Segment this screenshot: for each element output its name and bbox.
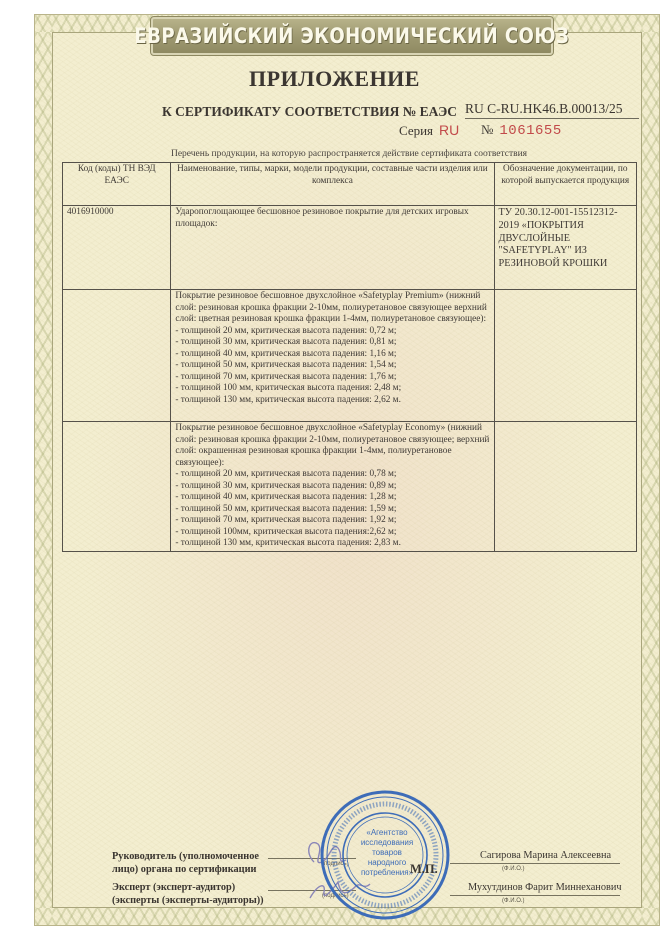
spec-line: - толщиной 40 мм, критическая высота пад… (175, 349, 489, 361)
table-row: 4016910000 Ударопоглощающее бесшовное ре… (63, 206, 637, 290)
form-number: №1061655 (481, 122, 562, 139)
official-stamp-icon: «Агентство исследования товаров народног… (317, 789, 453, 921)
expert-label: Эксперт (эксперт-аудитор) (эксперты (экс… (112, 882, 264, 907)
spec-line: - толщиной 130 мм, критическая высота па… (175, 538, 489, 550)
head-label-line: лицо) органа по сертификации (112, 864, 259, 877)
product-description: Покрытие резиновое бесшовное двухслойное… (175, 291, 489, 326)
svg-text:товаров: товаров (372, 848, 402, 857)
page-title: ПРИЛОЖЕНИЕ (0, 66, 669, 92)
union-banner: ЕВРАЗИЙСКИЙ ЭКОНОМИЧЕСКИЙ СОЮЗ (151, 17, 553, 55)
svg-text:потребления»: потребления» (361, 868, 414, 877)
spec-line: - толщиной 30 мм, критическая высота пад… (175, 481, 489, 493)
head-label: Руководитель (уполномоченное лицо) орган… (112, 851, 259, 876)
table-row: Покрытие резиновое бесшовное двухслойное… (63, 422, 637, 552)
product-description: Покрытие резиновое бесшовное двухслойное… (175, 423, 489, 469)
certificate-number: RU C-RU.HK46.B.00013/25 (465, 101, 639, 119)
banner-text: ЕВРАЗИЙСКИЙ ЭКОНОМИЧЕСКИЙ СОЮЗ (135, 24, 570, 48)
svg-text:народного: народного (368, 858, 407, 867)
expert-fio-caption: (Ф.И.О.) (502, 898, 525, 904)
series-label: Серия (399, 123, 433, 138)
spec-line: - толщиной 70 мм, критическая высота пад… (175, 372, 489, 384)
head-fio-caption: (Ф.И.О.) (502, 866, 525, 872)
expert-label-line: Эксперт (эксперт-аудитор) (112, 882, 264, 895)
cell-doc: ТУ 20.30.12-001-15512312-2019 «ПОКРЫТИЯ … (494, 206, 637, 290)
head-name-line (450, 863, 620, 864)
cell-doc (494, 422, 637, 552)
seal-label: М.П. (410, 862, 438, 877)
spec-line: - толщиной 70 мм, критическая высота пад… (175, 515, 489, 527)
number-value: 1061655 (499, 123, 561, 139)
cell-name: Покрытие резиновое бесшовное двухслойное… (171, 422, 494, 552)
head-label-line: Руководитель (уполномоченное (112, 851, 259, 864)
svg-text:«Агентство: «Агентство (366, 828, 408, 837)
spec-line: - толщиной 100 мм, критическая высота па… (175, 383, 489, 395)
table-header-row: Код (коды) ТН ВЭД ЕАЭС Наименование, тип… (63, 163, 637, 206)
column-header-code: Код (коды) ТН ВЭД ЕАЭС (63, 163, 171, 206)
expert-name-line (450, 895, 620, 896)
expert-label-line: (эксперты (эксперты-аудиторы)) (112, 895, 264, 908)
spec-line: - толщиной 50 мм, критическая высота пад… (175, 360, 489, 372)
cell-code (63, 422, 171, 552)
cell-name: Ударопоглощающее бесшовное резиновое пок… (171, 206, 494, 290)
spec-line: - толщиной 40 мм, критическая высота пад… (175, 492, 489, 504)
certificate-subtitle: К СЕРТИФИКАТУ СООТВЕТСТВИЯ № ЕАЭС (162, 104, 457, 120)
spec-line: - толщиной 50 мм, критическая высота пад… (175, 504, 489, 516)
spec-line: - толщиной 100мм, критическая высота пад… (175, 527, 489, 539)
expert-name: Мухутдинов Фарит Миннеханович (468, 882, 622, 893)
head-name: Сагирова Марина Алексеевна (480, 850, 611, 861)
cell-name: Покрытие резиновое бесшовное двухслойное… (171, 290, 494, 422)
cell-code: 4016910000 (63, 206, 171, 290)
column-header-doc: Обозначение документации, по которой вып… (494, 163, 637, 206)
name-line: Ударопоглощающее бесшовное резиновое пок… (175, 207, 489, 230)
table-caption: Перечень продукции, на которую распростр… (62, 149, 636, 159)
series: СерияRU (399, 122, 459, 139)
table-row: Покрытие резиновое бесшовное двухслойное… (63, 290, 637, 422)
spec-line: - толщиной 130 мм, критическая высота па… (175, 395, 489, 407)
number-label: № (481, 122, 493, 137)
cell-code (63, 290, 171, 422)
cell-doc (494, 290, 637, 422)
spec-line: - толщиной 20 мм, критическая высота пад… (175, 326, 489, 338)
svg-text:исследования: исследования (361, 838, 413, 847)
column-header-name: Наименование, типы, марки, модели продук… (171, 163, 494, 206)
spec-line: - толщиной 20 мм, критическая высота пад… (175, 469, 489, 481)
series-value: RU (439, 122, 459, 138)
products-table: Код (коды) ТН ВЭД ЕАЭС Наименование, тип… (62, 162, 637, 552)
spec-line: - толщиной 30 мм, критическая высота пад… (175, 337, 489, 349)
